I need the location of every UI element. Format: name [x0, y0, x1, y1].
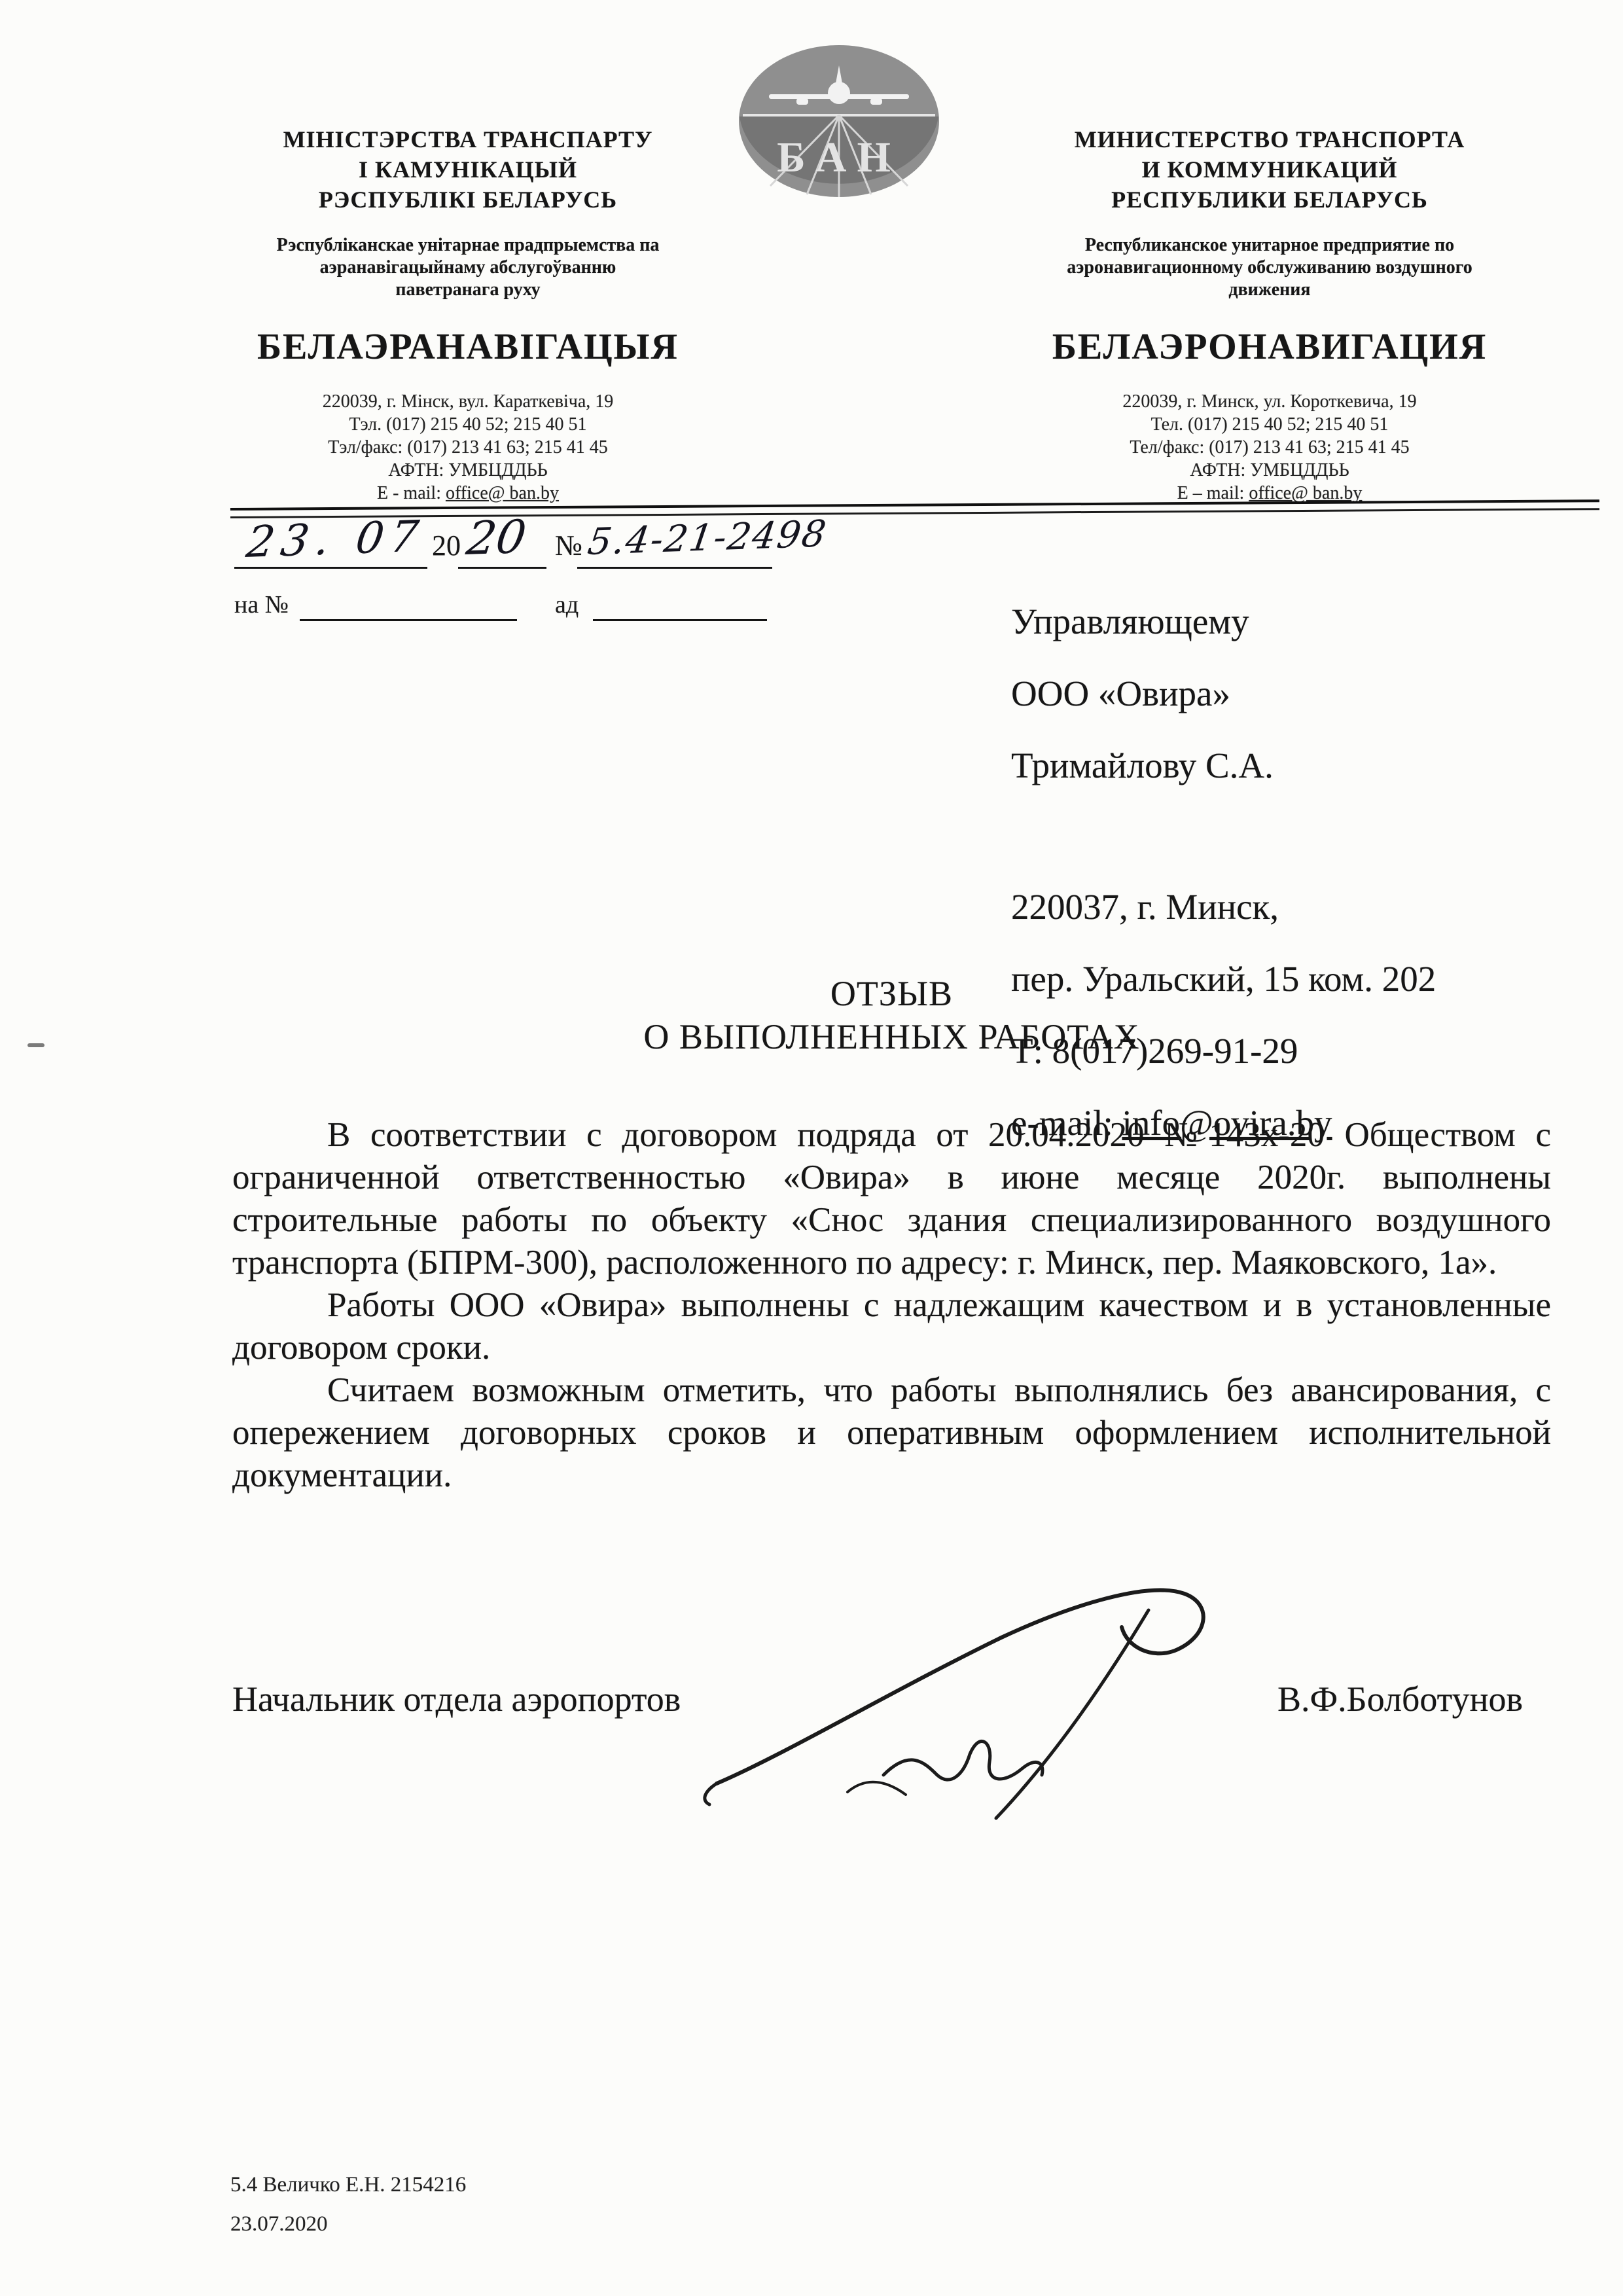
document-title: ОТЗЫВ О ВЫПОЛНЕННЫХ РАБОТАХ: [232, 972, 1551, 1058]
fax-line: Тел/факс: (017) 213 41 63; 215 41 45: [1001, 436, 1538, 459]
enterprise-line: аэронавигационному обслуживанию воздушно…: [1001, 257, 1538, 279]
ministry-name-by: МІНІСТЭРСТВА ТРАНСПАРТУ І КАМУНІКАЦЫЙ РЭ…: [216, 124, 720, 215]
recipient-person: Тримайлову С.А.: [1011, 730, 1548, 802]
ministry-line: МІНІСТЭРСТВА ТРАНСПАРТУ: [216, 124, 720, 154]
address-line: 220039, г. Минск, ул. Короткевича, 19: [1001, 390, 1538, 413]
signature-icon: [687, 1558, 1289, 1833]
ministry-name-ru: МИНИСТЕРСТВО ТРАНСПОРТА И КОММУНИКАЦИЙ Р…: [1001, 124, 1538, 215]
address-line: 220039, г. Мінск, вул. Караткевіча, 19: [216, 390, 720, 413]
spacer: [1011, 802, 1548, 871]
recipient-block: Управляющему ООО «Овира» Тримайлову С.А.…: [1011, 586, 1548, 1159]
email-label: E – mail:: [1177, 483, 1245, 503]
recipient-company: ООО «Овира»: [1011, 658, 1548, 730]
letterhead-left: МІНІСТЭРСТВА ТРАНСПАРТУ І КАМУНІКАЦЫЙ РЭ…: [216, 124, 720, 505]
paragraph-2: Работы ООО «Овира» выполнены с надлежащи…: [232, 1284, 1551, 1369]
enterprise-line: аэранавігацыйнаму абслугоўванню: [216, 257, 720, 279]
aftn-line: АФТН: УМБЦДДЬЬ: [216, 459, 720, 482]
signature-flourish: [687, 1558, 1289, 1833]
handwritten-number: 5.4-21-2498: [585, 512, 830, 564]
letter-body: В соответствии с договором подряда от 20…: [232, 1114, 1551, 1497]
ministry-line: МИНИСТЕРСТВО ТРАНСПОРТА: [1001, 124, 1538, 154]
ministry-line: И КОММУНИКАЦИЙ: [1001, 154, 1538, 185]
company-address-ru: 220039, г. Минск, ул. Короткевича, 19 Те…: [1001, 390, 1538, 505]
airplane-runway-logo-icon: БАН: [736, 43, 942, 200]
scanned-letter-page: МІНІСТЭРСТВА ТРАНСПАРТУ І КАМУНІКАЦЫЙ РЭ…: [0, 0, 1623, 2296]
year-underline: [458, 567, 546, 569]
company-name-ru: БЕЛАЭРОНАВИГАЦИЯ: [1001, 326, 1538, 368]
email-address: office@ ban.by: [1249, 483, 1362, 503]
letterhead-right: МИНИСТЕРСТВО ТРАНСПОРТА И КОММУНИКАЦИЙ Р…: [1001, 124, 1538, 505]
handwritten-year: 20: [463, 510, 529, 565]
phone-line: Тел. (017) 215 40 52; 215 40 51: [1001, 413, 1538, 436]
email-line: E - mail: office@ ban.by: [216, 482, 720, 505]
from-underline: [593, 619, 767, 621]
company-name-by: БЕЛАЭРАНАВІГАЦЫЯ: [216, 326, 720, 368]
recipient-position: Управляющему: [1011, 586, 1548, 658]
fax-line: Тэл/факс: (017) 213 41 63; 215 41 45: [216, 436, 720, 459]
footer-date: 23.07.2020: [230, 2204, 466, 2244]
year-prefix: 20: [432, 529, 461, 562]
date-underline: [234, 567, 427, 569]
svg-text:БАН: БАН: [777, 134, 901, 181]
phone-line: Тэл. (017) 215 40 52; 215 40 51: [216, 413, 720, 436]
enterprise-line: Рэспубліканскае унітарнае прадпрыемства …: [216, 234, 720, 257]
ministry-line: І КАМУНІКАЦЫЙ: [216, 154, 720, 185]
reply-to-label: на №: [234, 590, 289, 619]
signer-position: Начальник отдела аэропортов: [232, 1679, 681, 1719]
from-label: ад: [555, 590, 579, 619]
title-line-2: О ВЫПОЛНЕННЫХ РАБОТАХ: [232, 1015, 1551, 1058]
title-line-1: ОТЗЫВ: [232, 972, 1551, 1015]
signer-name: В.Ф.Болботунов: [1277, 1679, 1523, 1719]
email-address: office@ ban.by: [446, 483, 559, 503]
enterprise-name-ru: Республиканское унитарное предприятие по…: [1001, 234, 1538, 301]
number-sign: №: [555, 529, 582, 562]
recipient-city: 220037, г. Минск,: [1011, 871, 1548, 943]
number-underline: [577, 567, 772, 569]
reply-to-underline: [300, 619, 517, 621]
ban-logo: БАН: [736, 43, 942, 200]
email-label: E - mail:: [377, 483, 441, 503]
handwritten-date: 23. 07: [243, 511, 428, 567]
enterprise-line: движения: [1001, 279, 1538, 301]
executor-footer: 5.4 Величко Е.Н. 2154216 23.07.2020: [230, 2165, 466, 2244]
company-address-by: 220039, г. Мінск, вул. Караткевіча, 19 Т…: [216, 390, 720, 505]
executor-line: 5.4 Величко Е.Н. 2154216: [230, 2165, 466, 2204]
enterprise-name-by: Рэспубліканскае унітарнае прадпрыемства …: [216, 234, 720, 301]
aftn-line: АФТН: УМБЦДДЬЬ: [1001, 459, 1538, 482]
ministry-line: РЕСПУБЛИКИ БЕЛАРУСЬ: [1001, 185, 1538, 215]
paragraph-1: В соответствии с договором подряда от 20…: [232, 1114, 1551, 1284]
enterprise-line: паветранага руху: [216, 279, 720, 301]
ministry-line: РЭСПУБЛІКІ БЕЛАРУСЬ: [216, 185, 720, 215]
enterprise-line: Республиканское унитарное предприятие по: [1001, 234, 1538, 257]
paragraph-3: Считаем возможным отметить, что работы в…: [232, 1369, 1551, 1497]
scan-smudge: [27, 1043, 45, 1047]
